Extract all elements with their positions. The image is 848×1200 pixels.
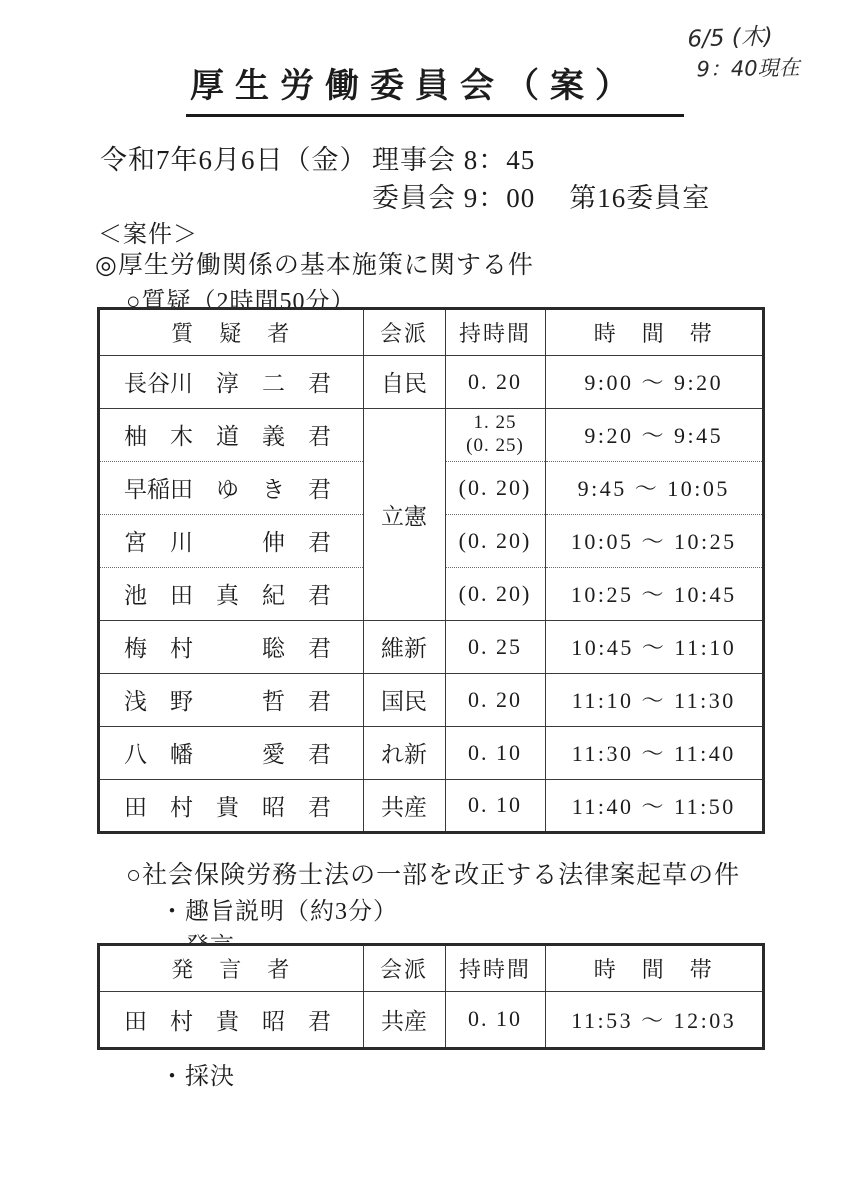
duration: (0. 20) [445, 461, 545, 514]
col-header-duration: 持時間 [445, 309, 545, 355]
timeband: 9:45 ～ 10:05 [545, 461, 763, 514]
col-header-duration: 持時間 [445, 945, 545, 991]
duration: (0. 20) [445, 567, 545, 620]
duration: 0. 10 [445, 779, 545, 832]
col-header-timeband: 時 間 帯 [545, 309, 763, 355]
col-header-speaker: 発 言 者 [99, 945, 363, 991]
handwritten-date: 6/5 (木) [687, 19, 838, 55]
timeband: 9:00 ～ 9:20 [545, 355, 763, 408]
faction: 共産 [363, 779, 445, 832]
col-header-timeband: 時 間 帯 [545, 945, 763, 991]
questioner-name: 梅 村 聡 君 [99, 620, 363, 673]
speaker-name: 田 村 貴 昭 君 [99, 991, 363, 1048]
col-header-faction: 会派 [363, 945, 445, 991]
table-row: 梅 村 聡 君 維新 0. 25 10:45 ～ 11:10 [99, 620, 763, 673]
handwritten-time: 9：40現在 [696, 54, 800, 84]
timeband: 10:05 ～ 10:25 [545, 514, 763, 567]
faction: 国民 [363, 673, 445, 726]
duration: 0. 25 [445, 620, 545, 673]
questioner-name: 宮 川 伸 君 [99, 514, 363, 567]
timeband: 11:53 ～ 12:03 [545, 991, 763, 1048]
document-page: 6/5 (木) 9：40現在 厚生労働委員会（案） 令和7年6月6日（金） 理事… [0, 0, 848, 1200]
duration: (0. 20) [445, 514, 545, 567]
committee-meeting-time: 委員会 9：00 [372, 183, 535, 213]
faction: 共産 [363, 991, 445, 1048]
questioner-name: 八 幡 愛 君 [99, 726, 363, 779]
table-row: 長谷川 淳 二 君 自民 0. 20 9:00 ～ 9:20 [99, 355, 763, 408]
faction: 自民 [363, 355, 445, 408]
timeband: 11:30 ～ 11:40 [545, 726, 763, 779]
meeting-date: 令和7年6月6日（金） [100, 138, 368, 177]
committee-room: 第16委員室 [569, 183, 710, 213]
timeband: 10:25 ～ 10:45 [545, 567, 763, 620]
table-header-row: 質 疑 者 会派 持時間 時 間 帯 [99, 309, 763, 355]
page-title: 厚生労働委員会（案） [186, 58, 684, 117]
table-row: 浅 野 哲 君 国民 0. 20 11:10 ～ 11:30 [99, 673, 763, 726]
questioner-name: 長谷川 淳 二 君 [99, 355, 363, 408]
agenda-header: ＜案件＞ [98, 214, 198, 249]
timeband: 11:40 ～ 11:50 [545, 779, 763, 832]
col-header-faction: 会派 [363, 309, 445, 355]
duration: 0. 10 [445, 726, 545, 779]
questioner-name: 池 田 真 紀 君 [99, 567, 363, 620]
table-header-row: 発 言 者 会派 持時間 時 間 帯 [99, 945, 763, 991]
speaker-schedule-table: 発 言 者 会派 持時間 時 間 帯 田 村 貴 昭 君 共産 0. 10 11… [98, 944, 764, 1049]
timeband: 11:10 ～ 11:30 [545, 673, 763, 726]
table-row: 八 幡 愛 君 れ新 0. 10 11:30 ～ 11:40 [99, 726, 763, 779]
questioner-name: 柚 木 道 義 君 [99, 408, 363, 461]
handwritten-note: 6/5 (木) 9：40現在 [687, 19, 839, 86]
agenda-item-1: ◎厚生労働関係の基本施策に関する件 [95, 245, 534, 281]
timeband: 9:20 ～ 9:45 [545, 408, 763, 461]
faction: れ新 [363, 726, 445, 779]
faction-merged: 立憲 [363, 408, 445, 620]
faction: 維新 [363, 620, 445, 673]
board-meeting-time: 理事会 8：45 [372, 138, 535, 177]
duration-paren: (0. 25) [446, 435, 545, 458]
questioner-name: 早稲田 ゆ き 君 [99, 461, 363, 514]
table-row: 田 村 貴 昭 君 共産 0. 10 11:53 ～ 12:03 [99, 991, 763, 1048]
table-row: 田 村 貴 昭 君 共産 0. 10 11:40 ～ 11:50 [99, 779, 763, 832]
duration-total: 1. 25 [446, 412, 545, 435]
timeband: 10:45 ～ 11:10 [545, 620, 763, 673]
questioner-name: 浅 野 哲 君 [99, 673, 363, 726]
duration: 0. 20 [445, 673, 545, 726]
questioner-schedule-table: 質 疑 者 会派 持時間 時 間 帯 長谷川 淳 二 君 自民 0. 20 9:… [98, 308, 764, 833]
agenda-item-2: ○社会保険労務士法の一部を改正する法律案起草の件 [126, 855, 740, 891]
duration: 0. 20 [445, 355, 545, 408]
duration: 0. 10 [445, 991, 545, 1048]
agenda-item-2-sub3: ・採決 [160, 1056, 235, 1091]
questioner-name: 田 村 貴 昭 君 [99, 779, 363, 832]
agenda-item-2-sub1: ・趣旨説明（約3分） [160, 891, 398, 926]
duration: 1. 25 (0. 25) [445, 408, 545, 461]
committee-meeting-line: 委員会 9：00第16委員室 [372, 176, 710, 215]
col-header-questioner: 質 疑 者 [99, 309, 363, 355]
table-row: 柚 木 道 義 君 立憲 1. 25 (0. 25) 9:20 ～ 9:45 [99, 408, 763, 461]
